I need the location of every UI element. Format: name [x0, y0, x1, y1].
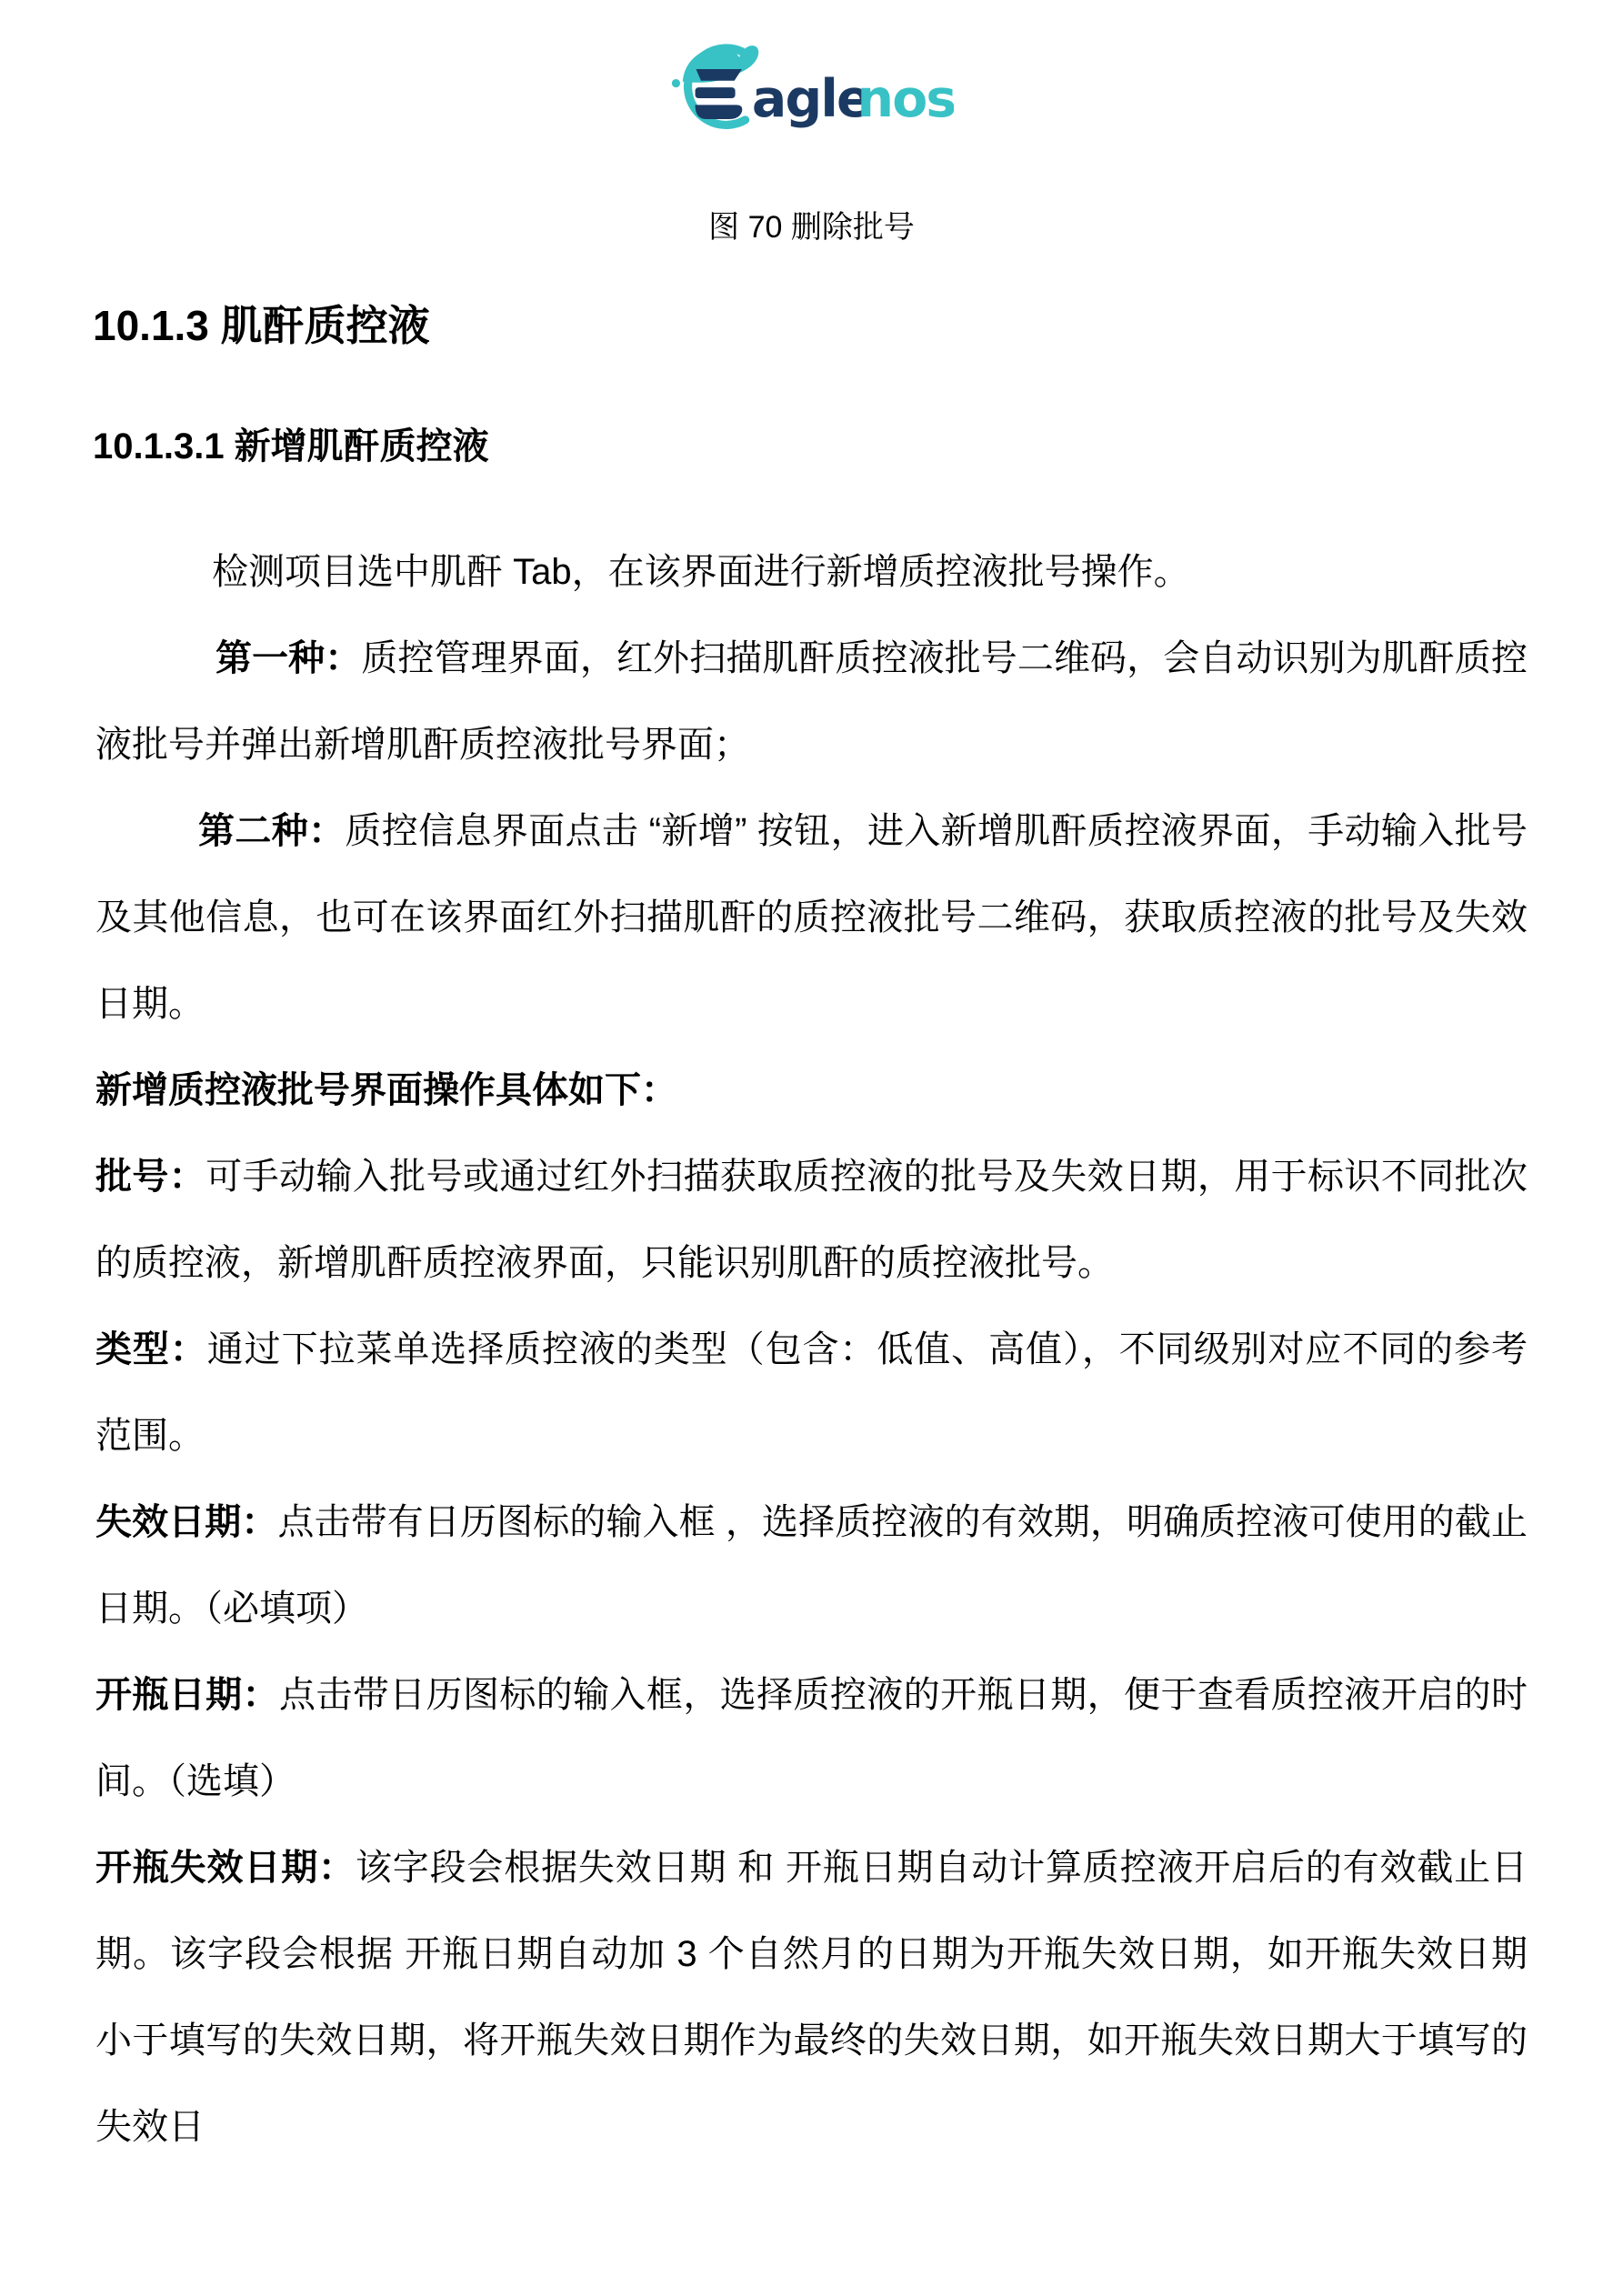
eaglenos-logo: agle nos: [670, 38, 954, 140]
paragraph-type: 类型：通过下拉菜单选择质控液的类型（包含：低值、高值），不同级别对应不同的参考范…: [95, 1307, 1528, 1479]
paragraph-batch-number: 批号：可手动输入批号或通过红外扫描获取质控液的批号及失效日期，用于标识不同批次的…: [95, 1134, 1528, 1307]
paragraph-intro: 检测项目选中肌酐 Tab，在该界面进行新增质控液批号操作。: [95, 529, 1528, 616]
paragraph-open-date-text: 点击带日历图标的输入框，选择质控液的开瓶日期，便于查看质控液开启的时间。（选填）: [95, 1675, 1528, 1801]
paragraph-open-expiry-date-lead: 开瓶失效日期：: [95, 1848, 356, 1888]
paragraph-batch-number-lead: 批号：: [95, 1157, 205, 1197]
paragraph-open-date-lead: 开瓶日期：: [95, 1675, 279, 1715]
paragraph-batch-number-text: 可手动输入批号或通过红外扫描获取质控液的批号及失效日期，用于标识不同批次的质控液…: [95, 1157, 1528, 1283]
paragraph-method-2: 第二种：质控信息界面点击 “新增” 按钮，进入新增肌酐质控液界面，手动输入批号及…: [95, 788, 1528, 1048]
paragraph-expiry-date-text: 点击带有日历图标的输入框 ，选择质控液的有效期，明确质控液可使用的截止日期。（必…: [95, 1502, 1528, 1629]
logo-text-teal: nos: [857, 69, 953, 129]
paragraph-open-expiry-date-text: 该字段会根据失效日期 和 开瓶日期自动计算质控液开启后的有效截止日期。该字段会根…: [95, 1848, 1528, 2147]
paragraph-method-2-lead: 第二种：: [198, 811, 345, 851]
paragraph-method-1-lead: 第一种：: [215, 638, 361, 678]
paragraph-open-expiry-date: 开瓶失效日期：该字段会根据失效日期 和 开瓶日期自动计算质控液开启后的有效截止日…: [95, 1825, 1528, 2171]
body-text: 检测项目选中肌酐 Tab，在该界面进行新增质控液批号操作。 第一种：质控管理界面…: [95, 529, 1528, 2171]
document-page: agle nos 图 70 删除批号 10.1.3 肌酐质控液 10.1.3.1…: [0, 0, 1623, 2296]
paragraph-method-1: 第一种：质控管理界面，红外扫描肌酐质控液批号二维码，会自动识别为肌酐质控液批号并…: [95, 616, 1528, 788]
paragraph-type-text: 通过下拉菜单选择质控液的类型（包含：低值、高值），不同级别对应不同的参考范围。: [95, 1329, 1528, 1456]
paragraph-type-lead: 类型：: [95, 1329, 207, 1369]
paragraph-expiry-date-lead: 失效日期：: [95, 1502, 278, 1542]
paragraph-operations-heading: 新增质控液批号界面操作具体如下：: [95, 1048, 1528, 1134]
paragraph-open-date: 开瓶日期：点击带日历图标的输入框，选择质控液的开瓶日期，便于查看质控液开启的时间…: [95, 1652, 1528, 1825]
figure-caption: 图 70 删除批号: [0, 207, 1623, 247]
subsection-heading: 10.1.3.1 新增肌酐质控液: [93, 424, 489, 469]
paragraph-operations-heading-lead: 新增质控液批号界面操作具体如下：: [95, 1070, 677, 1110]
paragraph-intro-text: 检测项目选中肌酐 Tab，在该界面进行新增质控液批号操作。: [212, 552, 1190, 592]
section-heading: 10.1.3 肌酐质控液: [93, 300, 430, 351]
logo-text-dark: agle: [751, 69, 869, 129]
eaglenos-eagle-icon: [671, 45, 757, 125]
paragraph-expiry-date: 失效日期：点击带有日历图标的输入框 ，选择质控液的有效期，明确质控液可使用的截止…: [95, 1479, 1528, 1652]
